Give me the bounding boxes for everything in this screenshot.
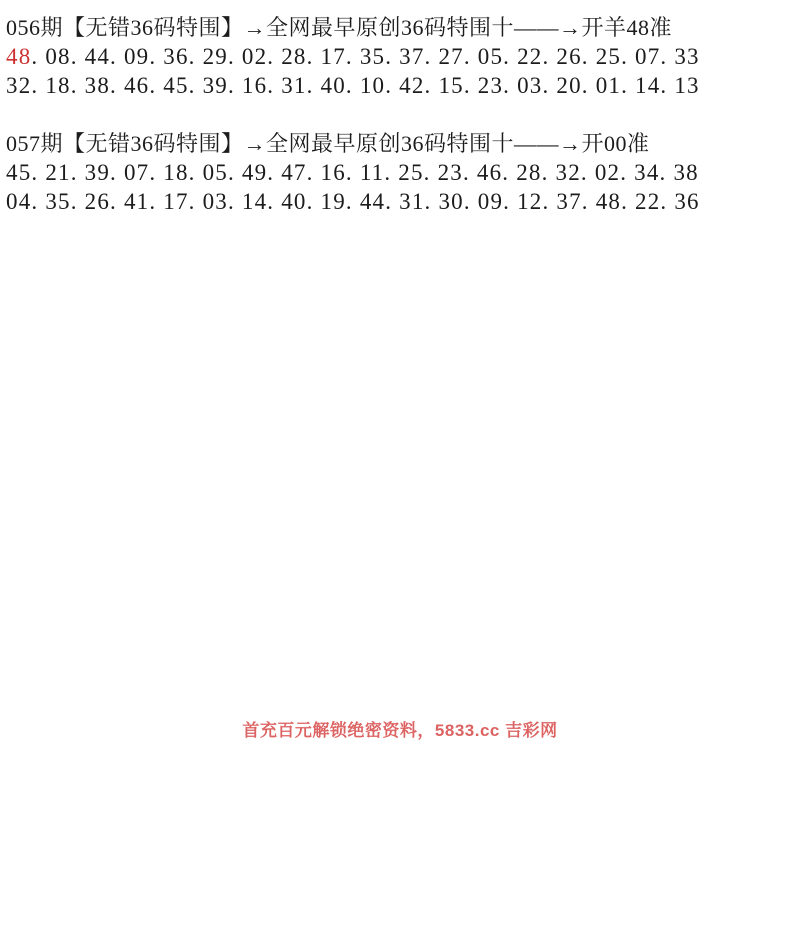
- number-value: 22: [635, 189, 660, 214]
- footer-ad: 首充百元解锁绝密资料，5833.cc 吉彩网: [0, 716, 800, 741]
- number-value: 32: [556, 160, 581, 185]
- number-value: 26: [85, 189, 110, 214]
- number-value: 07: [635, 44, 660, 69]
- period-block-056: 056期【无错36码特围】→全网最早原创36码特围十——→开羊48准 48. 0…: [6, 13, 800, 100]
- period-block-057: 057期【无错36码特围】→全网最早原创36码特围十——→开00准 45. 21…: [6, 129, 800, 216]
- winning-number: 48: [6, 44, 31, 69]
- number-value: 33: [674, 44, 699, 69]
- number-value: 07: [124, 160, 149, 185]
- number-value: 46: [124, 73, 149, 98]
- number-value: 28: [281, 44, 306, 69]
- number-rows: 45. 21. 39. 07. 18. 05. 49. 47. 16. 11. …: [6, 158, 800, 216]
- number-value: 03: [517, 73, 542, 98]
- number-value: 40: [281, 189, 306, 214]
- number-value: 40: [321, 73, 346, 98]
- number-value: 32: [6, 73, 31, 98]
- number-value: 01: [596, 73, 621, 98]
- number-value: 04: [6, 189, 31, 214]
- number-value: 28: [516, 160, 541, 185]
- number-row: 04. 35. 26. 41. 17. 03. 14. 40. 19. 44. …: [6, 187, 800, 216]
- number-value: 42: [399, 73, 424, 98]
- number-value: 45: [6, 160, 31, 185]
- number-value: 35: [360, 44, 385, 69]
- number-value: 36: [163, 44, 188, 69]
- number-value: 12: [517, 189, 542, 214]
- number-value: 19: [321, 189, 346, 214]
- number-value: 37: [399, 44, 424, 69]
- number-value: 30: [438, 189, 463, 214]
- number-value: 10: [360, 73, 385, 98]
- number-value: 16: [321, 160, 346, 185]
- number-value: 03: [203, 189, 228, 214]
- number-value: 36: [674, 189, 699, 214]
- number-value: 44: [85, 44, 110, 69]
- number-value: 35: [45, 189, 70, 214]
- number-value: 14: [635, 73, 660, 98]
- number-value: 26: [556, 44, 581, 69]
- number-value: 47: [281, 160, 306, 185]
- number-value: 05: [203, 160, 228, 185]
- lottery-page-content: 056期【无错36码特围】→全网最早原创36码特围十——→开羊48准 48. 0…: [0, 0, 800, 216]
- period-header: 056期【无错36码特围】→全网最早原创36码特围十——→开羊48准: [6, 13, 800, 42]
- number-value: 11: [360, 160, 385, 185]
- number-value: 49: [242, 160, 267, 185]
- number-value: 23: [438, 160, 463, 185]
- number-value: 25: [596, 44, 621, 69]
- number-value: 48: [596, 189, 621, 214]
- number-value: 16: [242, 73, 267, 98]
- number-value: 05: [478, 44, 503, 69]
- number-value: 14: [242, 189, 267, 214]
- number-value: 08: [45, 44, 70, 69]
- number-value: 46: [477, 160, 502, 185]
- number-value: 39: [85, 160, 110, 185]
- number-value: 09: [124, 44, 149, 69]
- number-value: 31: [281, 73, 306, 98]
- number-value: 29: [203, 44, 228, 69]
- number-value: 18: [45, 73, 70, 98]
- number-value: 41: [124, 189, 149, 214]
- number-rows: 48. 08. 44. 09. 36. 29. 02. 28. 17. 35. …: [6, 42, 800, 100]
- number-value: 27: [438, 44, 463, 69]
- number-value: 17: [163, 189, 188, 214]
- number-value: 38: [673, 160, 698, 185]
- number-row: 32. 18. 38. 46. 45. 39. 16. 31. 40. 10. …: [6, 71, 800, 100]
- number-value: 15: [438, 73, 463, 98]
- number-value: 31: [399, 189, 424, 214]
- footer-ad-text: 首充百元解锁绝密资料，5833.cc 吉彩网: [242, 721, 557, 740]
- number-value: 25: [398, 160, 423, 185]
- number-value: 21: [45, 160, 70, 185]
- number-value: 17: [321, 44, 346, 69]
- number-value: 34: [634, 160, 659, 185]
- number-value: 23: [478, 73, 503, 98]
- number-row: 48. 08. 44. 09. 36. 29. 02. 28. 17. 35. …: [6, 42, 800, 71]
- number-value: 22: [517, 44, 542, 69]
- number-row: 45. 21. 39. 07. 18. 05. 49. 47. 16. 11. …: [6, 158, 800, 187]
- number-value: 09: [478, 189, 503, 214]
- number-value: 02: [595, 160, 620, 185]
- number-value: 39: [203, 73, 228, 98]
- number-value: 20: [556, 73, 581, 98]
- period-header: 057期【无错36码特围】→全网最早原创36码特围十——→开00准: [6, 129, 800, 158]
- number-value: 45: [163, 73, 188, 98]
- number-value: 44: [360, 189, 385, 214]
- number-value: 37: [556, 189, 581, 214]
- number-value: 18: [163, 160, 188, 185]
- number-value: 02: [242, 44, 267, 69]
- number-value: 13: [674, 73, 699, 98]
- number-value: 38: [85, 73, 110, 98]
